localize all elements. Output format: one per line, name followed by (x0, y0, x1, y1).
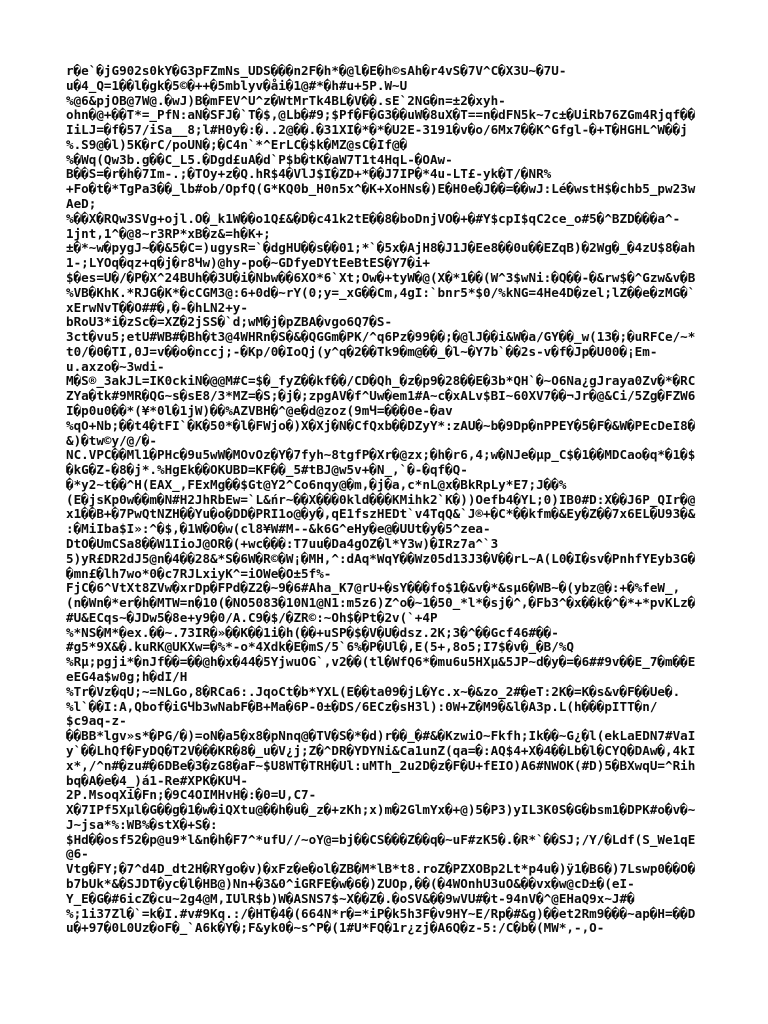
text-line: #U&ECqs~�JDw5�8e+y9�0/A.C9�$/�ZR©:~Oh$�P… (66, 611, 714, 626)
text-line: %Rµ;pgji*�nJf��=��@h�x�44�5YjwuOG`,v2��(… (66, 655, 714, 670)
text-line: $Hd��osf52�p@u9*l&n�h�F7^*ufU//~oY@=bj��… (66, 833, 714, 848)
text-line: %�Wq(Qw3b.g��C_L5.�Dgd£uA�d`P$b�tK�aW7T1… (66, 153, 714, 168)
text-line: #g5*9X&�.kuRK@UKXw=�%*-o*4Xdk�E�mS/5`6%�… (66, 640, 714, 655)
text-line: %��X�RQw3SVg+ojl.O�_k1W��o1Q£&�D�c41k2tE… (66, 212, 714, 227)
text-line: %*NS�M*�ex.��~.73IR�»��K��1i�h(��+uSP�$�… (66, 626, 714, 641)
text-line: %.S9@�l)5K�rC/poUN�;�C4n`*^ErLC�$k�MZ@sC… (66, 138, 714, 153)
text-line: Vtg�FY;�7^d4D_dt2H�RYgo�v)�xFz�e�ol�ZB�M… (66, 862, 714, 877)
text-line: 2P.MsoqXi�Fn;�9C4OIMHvH�:�0=U,C7- (66, 788, 714, 803)
text-line: 3ct�vu5;etU#WB#�Bh�t3@4WHRn�S�&�QGGm�PK/… (66, 330, 714, 345)
text-line: 1jnt,1^�@8~r3RP*xB�z&=h�K+; (66, 227, 714, 242)
text-line: B��S=�r�h�7Im-.;�TOy+z�Q.hR$4�VlJ$I�ZD+*… (66, 167, 714, 182)
text-line: u�+97�0L0Uz�oF�_`A6k�Y�;F&yk0�~s^P�(1#U*… (66, 921, 714, 936)
text-line: 1-;LYOq�qz+q�j�r8Чw)@hy-po�~GDfyeDYtEeBt… (66, 256, 714, 271)
text-line: u.axzo�~3wdi- (66, 360, 714, 375)
text-line: b7bUk*&�SJDT�yc�l�HB@)Nn+�3&0^iGRFE�w�6�… (66, 877, 714, 892)
text-line: u�4_Q=1��l�gk�5©�++�5mblyv�åi�1@#*�h#u+5… (66, 79, 714, 94)
text-line: y`��LhQf�FyDQ�T2V���KR�8�_u�V¿j;Z�^DR�YD… (66, 744, 714, 759)
text-line: I�p0u0��*(¥*0l�1jW)��%AZVBH�^@e�d@zoz(9m… (66, 404, 714, 419)
text-line: ��BB*lgv»s*�PG/�)=oN�a5�x8�pNnq@�TV�S�*�… (66, 729, 714, 744)
text-line: $�es=U�/�P�X^24BUh��3U�i�Nbw��6XO*6`Xt;O… (66, 271, 714, 286)
text-line: %;1i37Zl�`=k�I.#v#9Kq.:/�HT�4�(664N*r�=*… (66, 907, 714, 922)
text-line: AeD; (66, 197, 714, 212)
text-line: xErwNvT��O##�,�-�hLN2+y- (66, 301, 714, 316)
text-line: �mn£�lh7wo*0�c7RJLxiyK^=iOWe�O±5f%- (66, 567, 714, 582)
text-line: bq�A�e�4_)á1-Re#XPK�KUЧ- (66, 774, 714, 789)
text-line: +Fo�t�*TgPa3��_lb#ob/OpfQ(G*KQ0b_H0n5x^�… (66, 182, 714, 197)
text-line: r�e`�jG902s0kY�G3pFZmNs_UDS���n2F�h*�@l�… (66, 64, 714, 79)
text-line: (E�jsKp0w��m�N#H2JhRbEw=`L&ńr~��X���0kld… (66, 493, 714, 508)
text-line: IiLJ=�f�57/iSa__8;l#H0y�:�..2@��.�31XI�*… (66, 123, 714, 138)
text-line: ZYa�tk#9MR�QG~s�sE8/3*MZ=�S;�j�;zpgAV�f^… (66, 389, 714, 404)
text-line: �kG�Z-�8�j*.%HgEk��OKUBD=KF��_5#tBJ@w5v+… (66, 463, 714, 478)
text-line: bRoU3*i�zSc�=XZ�2jSS�`d;wM�j�pZBA�vgo6Q7… (66, 315, 714, 330)
text-line: 5)yR£DR2dJ5@n�4��28&*S�6W�R©�W¡�MH,^:dAq… (66, 552, 714, 567)
text-line: �*y2~t��^H(EAX_,FExMg��$Gt@Y2^Co6nqy@�m,… (66, 478, 714, 493)
text-line: NC.VPC��Ml1�PHc�9u5wW�MOvOz�Y�7fyh~8tgfP… (66, 448, 714, 463)
text-line: $c9aq-z- (66, 714, 714, 729)
text-line: %qO+Nb;��t4�tFI`�K�50*�l�FWjo�)X�Xj�N�Cf… (66, 419, 714, 434)
text-line: :�MiIba$I»:^�$,�1W�O�w(cl8¥W#M--&k6G^eHy… (66, 522, 714, 537)
document-page: r�e`�jG902s0kY�G3pFZmNs_UDS���n2F�h*�@l�… (0, 0, 768, 1024)
text-line: &)�tw©y/@/�- (66, 434, 714, 449)
text-line: DtO�UmCSa8��W1IioJ@OR�(+wc���:T7uu�Da4gO… (66, 537, 714, 552)
text-line: (n�Wn�*er�h�MTW=n�10(�NO5083�10N1@N1:m5z… (66, 596, 714, 611)
text-line: %l`��I:A,Qbof�iGЧb3wNabF�B+Ma�6P-0±�DS/6… (66, 700, 714, 715)
text-line: M�S®_3akJL=IK0ckiN�@@M#C=$�_fyZ��kf��/CD… (66, 374, 714, 389)
text-line: ±�*~w�pygJ~��&5�C=)ugysR=`�dgHU��s��01;*… (66, 241, 714, 256)
text-line: t0/�0�TI,0J=v��o�nccj;-�Kp/0�IoQj(y^q�2�… (66, 345, 714, 360)
text-line: @6- (66, 847, 714, 862)
text-line: J~jsa*%:WB%�stX�+S�: (66, 818, 714, 833)
text-line: %@6&pjOB@7W@.�wJ)B�mFEV^U^z�WtMrTk4BL�V�… (66, 94, 714, 109)
text-line: eEG4a$w0g;h�dI/H (66, 670, 714, 685)
text-line: %VB�KhK.*RJG�K*�cCGM3@:6+0d�~rY(0;y=_xG�… (66, 286, 714, 301)
document-text-block: r�e`�jG902s0kY�G3pFZmNs_UDS���n2F�h*�@l�… (66, 64, 714, 936)
text-line: FjC�6^VtXt8ZVw�xrDp�FPd�Z2�~9�6#Aha_K7@r… (66, 581, 714, 596)
text-line: Y_E�G�#6icZ�cu~2g4@M,IUlR$b)W�ASNS7$~X��… (66, 892, 714, 907)
text-line: x1��B+�7PwQtNZH��Yu�o�DD�PRI1o@�y�,qE1fs… (66, 507, 714, 522)
text-line: ohn�@+��T*=_PfN:aN�SFJ�`T�$,@Lb�#9;$Pf�F… (66, 108, 714, 123)
text-line: x*,/^n#�zu#�6DBe�3�zG8�aF~$U8WT�TRH�Ul:u… (66, 759, 714, 774)
text-line: %Tr�Vz�qU;~=NLGo,8�RCa6:.JqoCt�b*YXL(E��… (66, 685, 714, 700)
text-line: X�7IPf5Xµl�G��g�1�w�iQXtu@��h�u�_z�+zKh;… (66, 803, 714, 818)
